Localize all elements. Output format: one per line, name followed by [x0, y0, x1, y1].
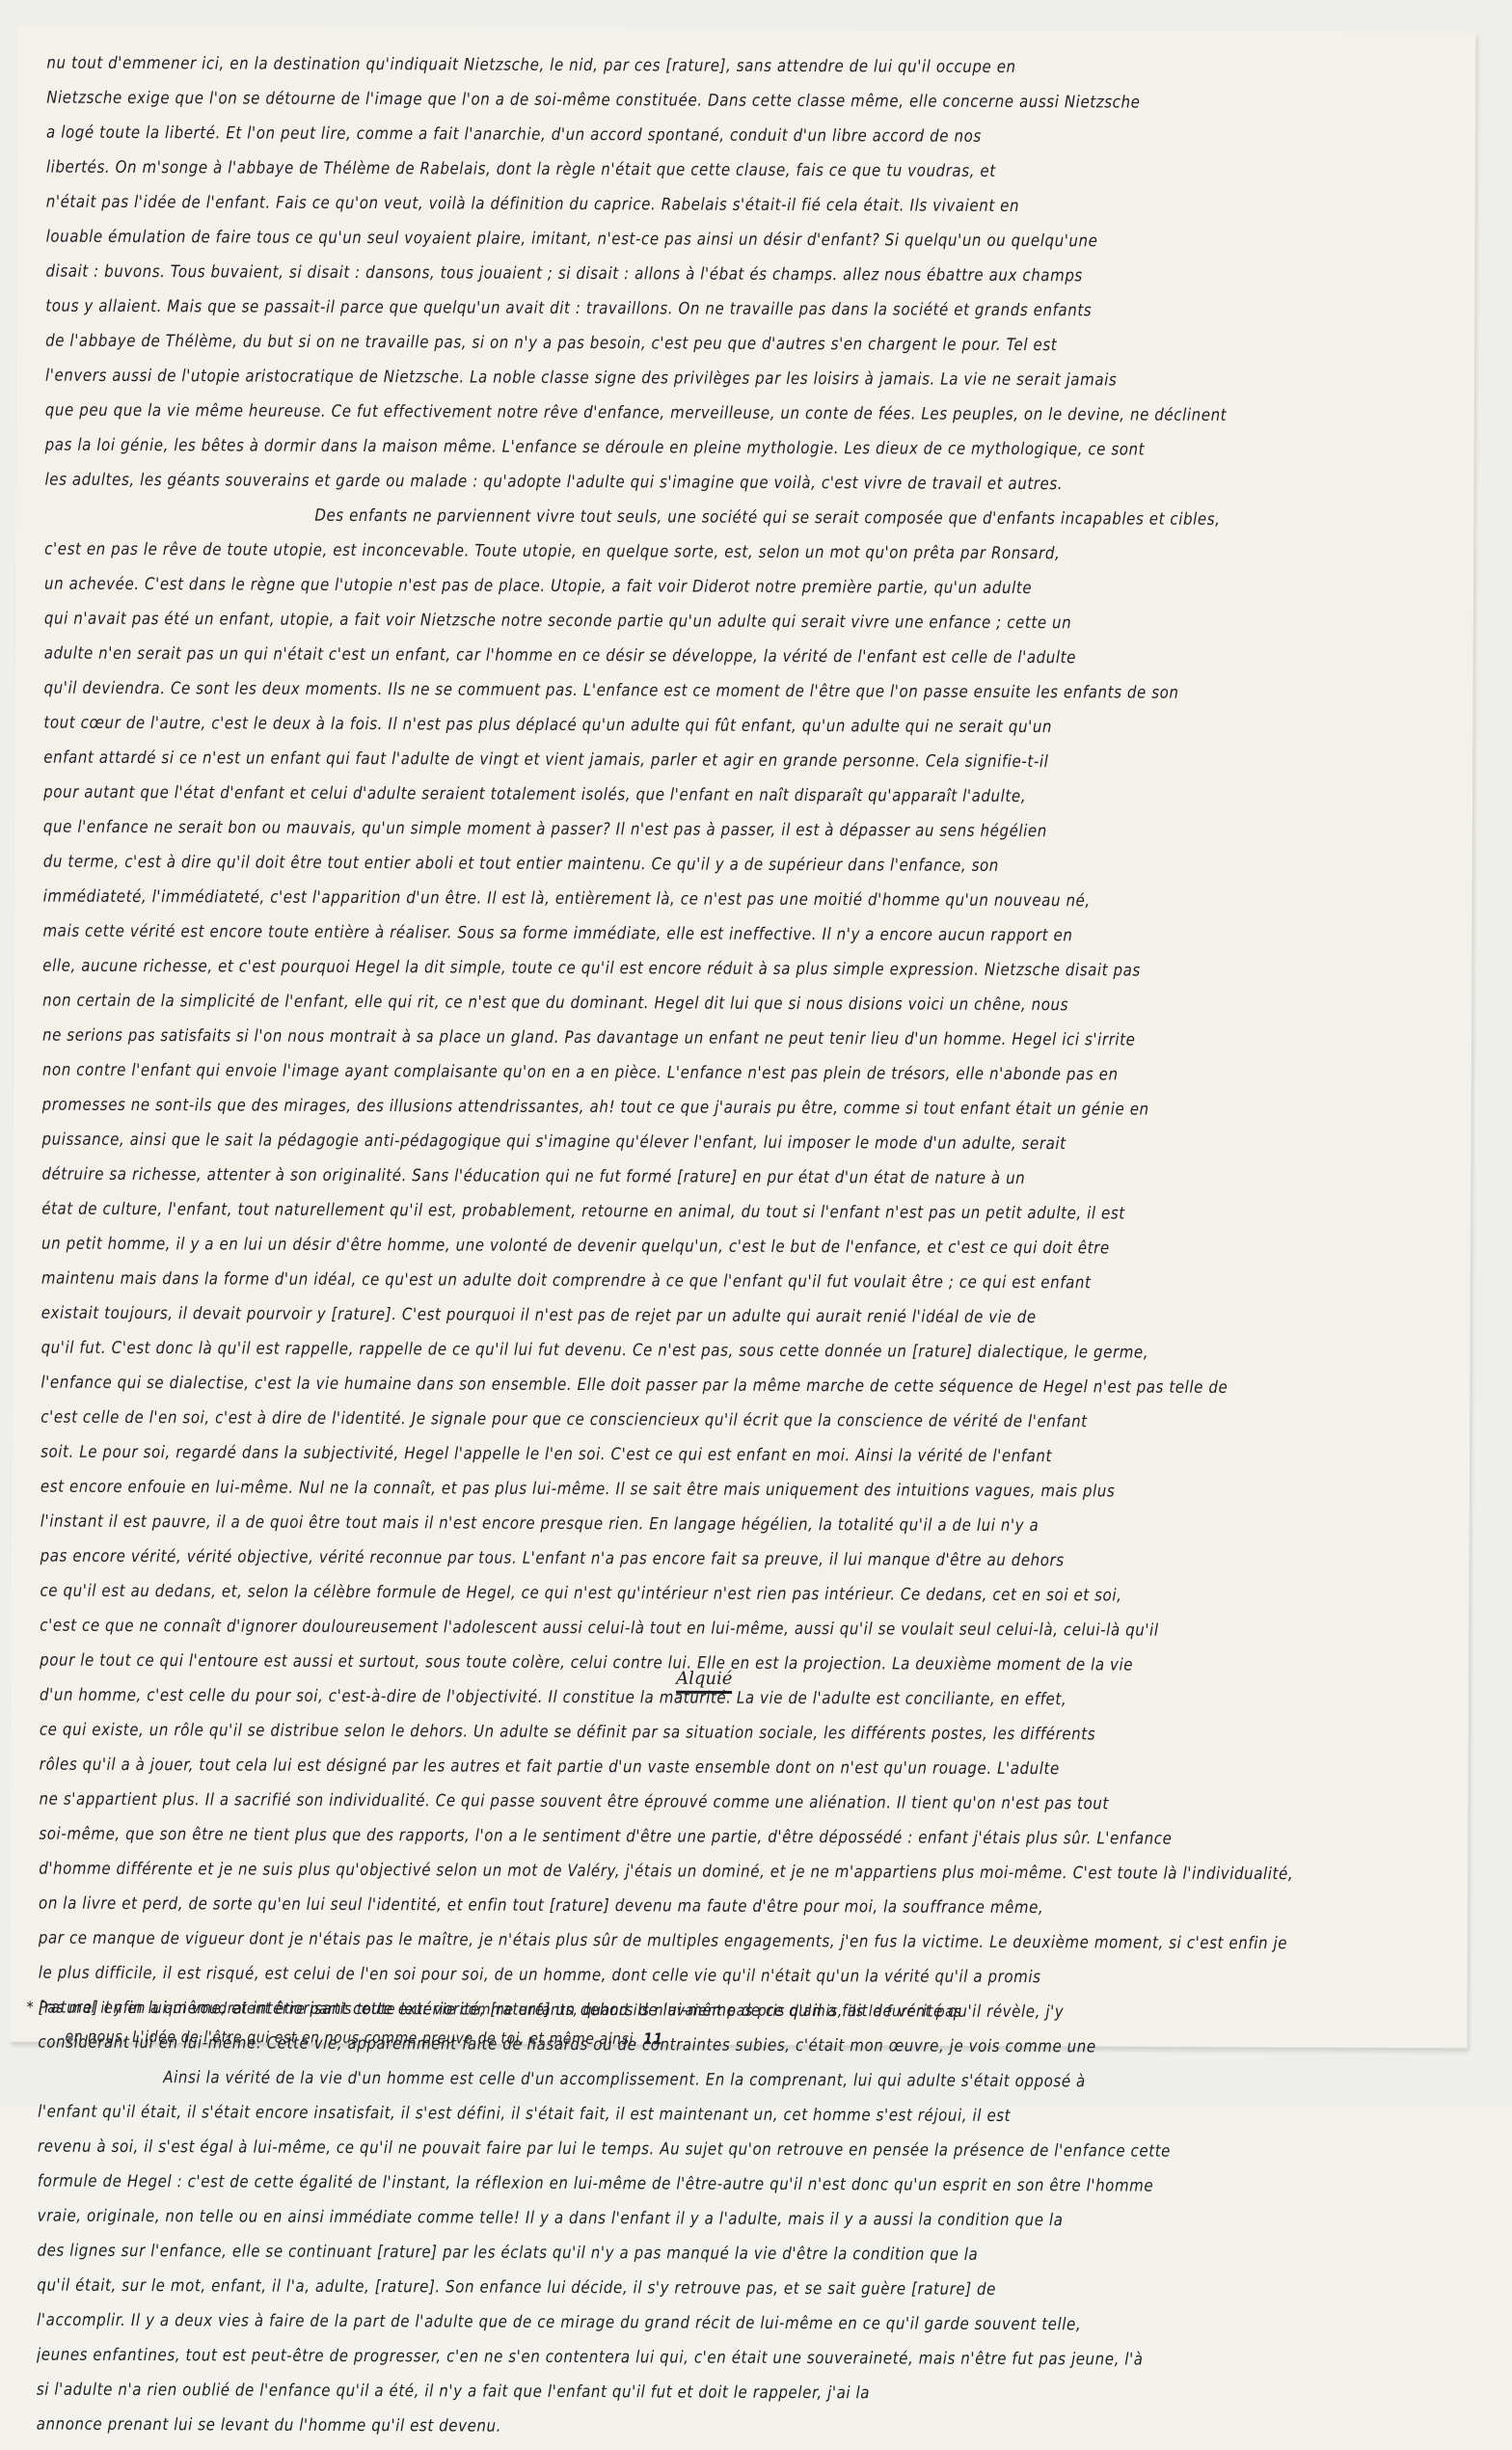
author-signature: Alquié: [676, 1669, 732, 1694]
page-number: 11: [643, 2030, 663, 2048]
footnote-line-text: en nous. L'idée de l'être qui est en nou…: [65, 2028, 638, 2049]
footnote-line: en nous. L'idée de l'être qui est en nou…: [26, 2021, 1453, 2060]
manuscript-body: nu tout d'emmener ici, en la destination…: [37, 45, 1474, 2107]
footnote: * Pas mal il y en a qui voudraient être …: [26, 1994, 1453, 2057]
manuscript-page: nu tout d'emmener ici, en la destination…: [9, 26, 1475, 2049]
